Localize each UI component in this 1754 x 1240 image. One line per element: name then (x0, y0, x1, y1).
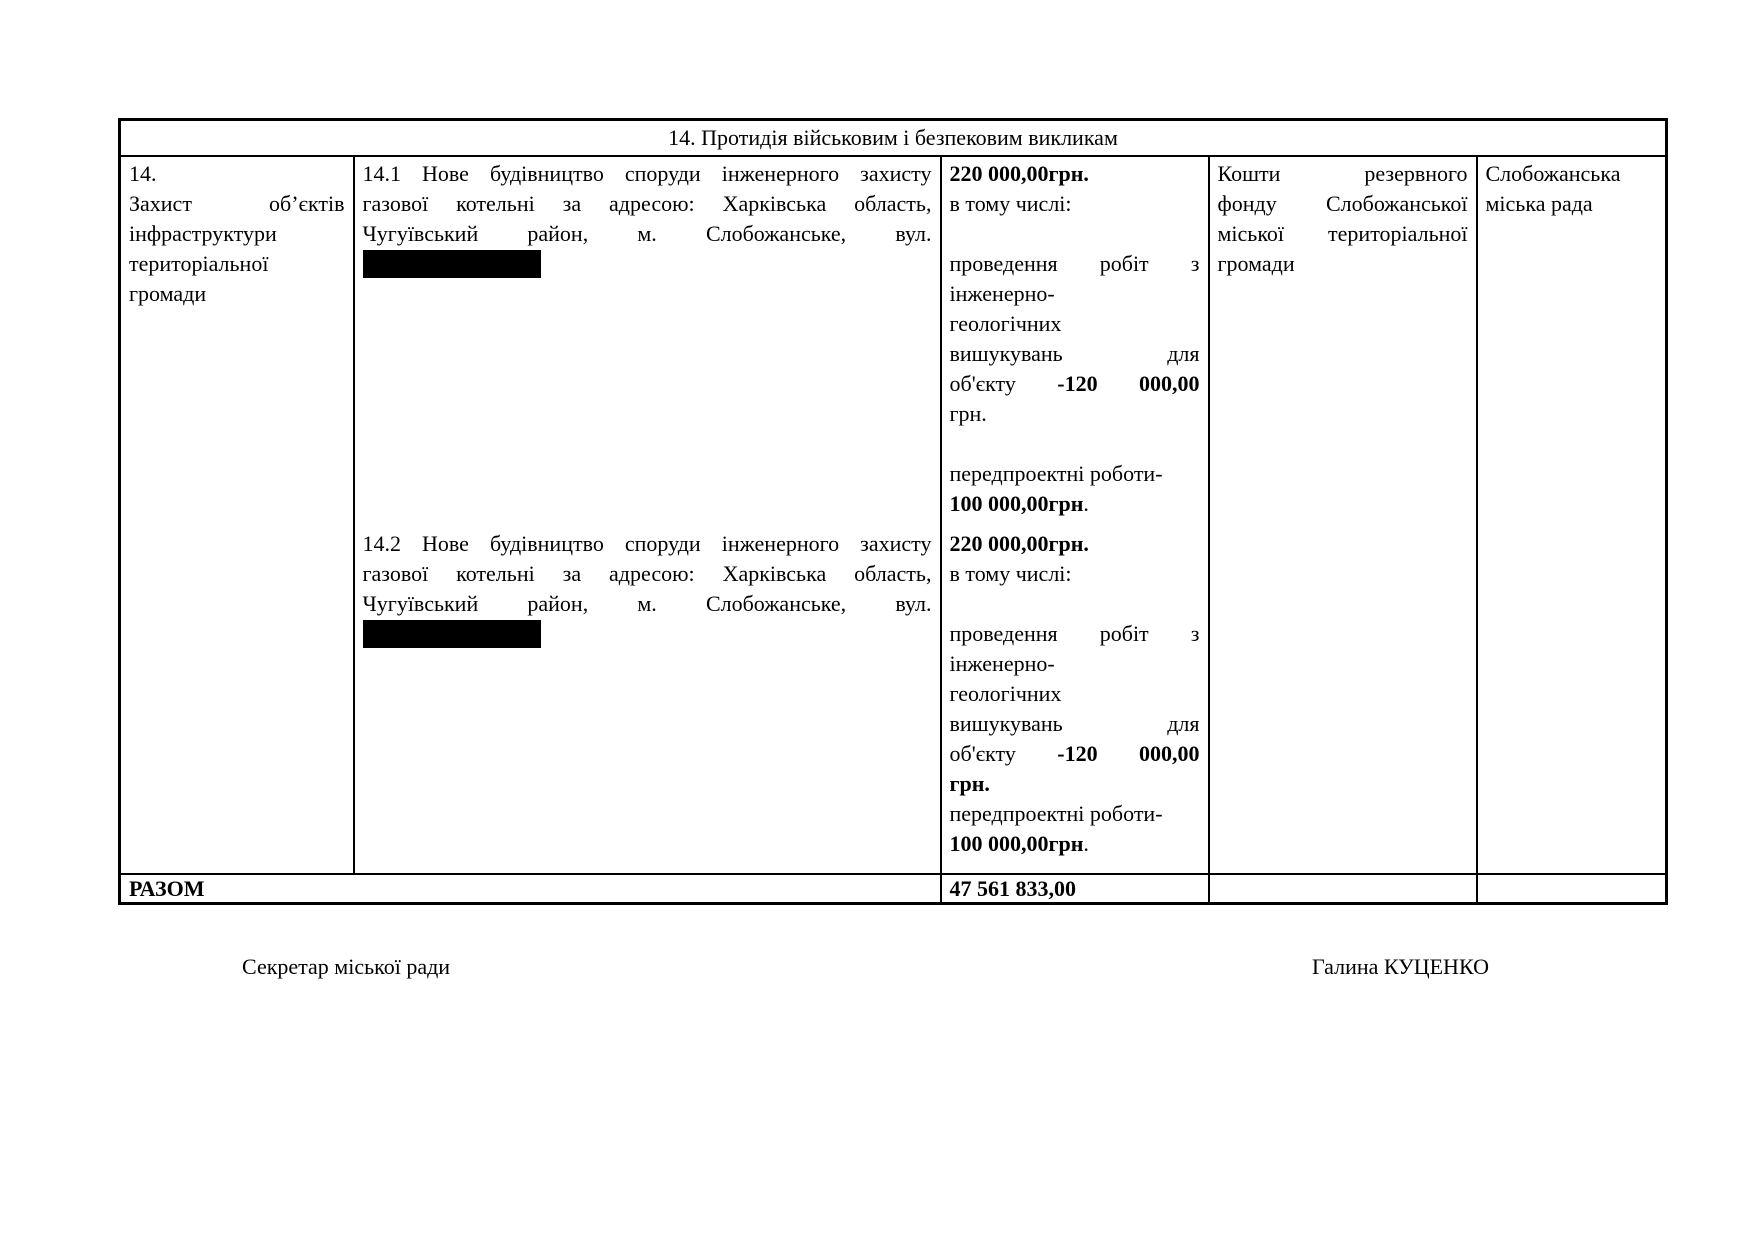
text-segment: вул. (895, 219, 931, 249)
text-segment: 000,00 (1139, 739, 1200, 769)
text-segment: 000,00 (1139, 369, 1200, 399)
text-segment: Нове (422, 529, 469, 559)
text-segment: м. (637, 589, 656, 619)
line: інженерно- (950, 649, 1200, 679)
text-segment: 14.2 (363, 529, 402, 559)
text-segment: Слобожанське, (706, 219, 846, 249)
table-row: 14.Захистоб’єктівінфраструктуритериторіа… (120, 156, 1667, 874)
line: в тому числі: (950, 189, 1200, 219)
text-segment: робіт (1100, 619, 1149, 649)
line: проведенняробітз (950, 249, 1200, 279)
text-segment: Слобожанське, (706, 589, 846, 619)
text-segment: інженерного (722, 529, 839, 559)
text-segment: 14. (129, 161, 157, 186)
total-empty-cell-executor (1477, 874, 1667, 904)
line: міська рада (1486, 189, 1658, 219)
line: фондуСлобожанської (1218, 189, 1468, 219)
text-segment: для (1167, 339, 1199, 369)
budget-table: 14. Протидія військовим і безпековим вик… (118, 118, 1668, 905)
text-segment: з (1191, 619, 1200, 649)
line: проведенняробітз (950, 619, 1200, 649)
text-segment: громади (129, 281, 206, 306)
text-segment: 220 000,00грн. (950, 531, 1089, 556)
line: передпроектні роботи- (950, 799, 1200, 829)
text-segment: адресою: (609, 559, 695, 589)
secretary-name: Галина КУЦЕНКО (1312, 952, 1489, 982)
amount-14-2: 220 000,00грн.в тому числі: проведенняро… (950, 529, 1200, 859)
text-segment: вишукувань (950, 339, 1063, 369)
line: громади (129, 279, 345, 309)
total-value-cell: 47 561 833,00 (941, 874, 1209, 904)
text-segment: грн. (950, 401, 987, 426)
text-segment: газової (363, 189, 429, 219)
text-segment: Кошти (1218, 159, 1281, 189)
line: Слобожанська (1486, 159, 1658, 189)
text-segment: споруди (625, 159, 701, 189)
signature-line: Секретар міської ради Галина КУЦЕНКО (0, 952, 1754, 982)
line: об'єкту-120000,00 (950, 369, 1200, 399)
total-empty-cell-funding (1209, 874, 1477, 904)
text-segment: м. (637, 219, 656, 249)
secretary-title: Секретар міської ради (242, 952, 450, 982)
text-segment: область, (854, 189, 931, 219)
text-segment: котельні (456, 189, 535, 219)
text-segment: територіальної (1328, 219, 1467, 249)
text-segment: Слобожанська (1486, 161, 1621, 186)
line: 220 000,00грн. (950, 529, 1200, 559)
activity-14-1: 14.1Новебудівництвоспорудиінженерногозах… (363, 159, 932, 529)
text-segment: геологічних (950, 681, 1062, 706)
text-segment: будівництво (490, 529, 604, 559)
line: геологічних (950, 309, 1200, 339)
activity-14-2: 14.2Новебудівництвоспорудиінженерногозах… (363, 529, 932, 650)
text-segment: адресою: (609, 189, 695, 219)
text-segment: грн. (950, 771, 990, 796)
text-segment: об'єкту (950, 369, 1016, 399)
line: в тому числі: (950, 559, 1200, 589)
text-segment: будівництво (490, 159, 604, 189)
text-segment: захисту (860, 529, 931, 559)
section-header: 14. Протидія військовим і безпековим вик… (120, 120, 1667, 157)
line: газовоїкотельнізаадресою:Харківськаоблас… (363, 189, 932, 219)
text-segment: об'єкту (950, 739, 1016, 769)
text-segment: резервного (1364, 159, 1467, 189)
line: 100 000,00грн. (950, 829, 1200, 859)
line: грн. (950, 769, 1200, 799)
text-segment: котельні (456, 559, 535, 589)
line: міськоїтериторіальної (1218, 219, 1468, 249)
amount-14-1: 220 000,00грн.в тому числі: проведенняро… (950, 159, 1200, 529)
document-page: 14. Протидія військовим і безпековим вик… (0, 0, 1754, 1240)
line: інфраструктури (129, 219, 345, 249)
text-segment: . (1083, 831, 1089, 856)
line: Чугуївськийрайон,м.Слобожанське,вул. (363, 589, 932, 619)
text-segment: Харківська (723, 559, 827, 589)
text-segment: територіальної (129, 251, 268, 276)
blank-line (950, 429, 1200, 459)
text-segment: 100 000,00грн (950, 491, 1084, 516)
text-segment: Захист (129, 189, 192, 219)
text-segment: захисту (860, 159, 931, 189)
text-segment: Слобожанської (1326, 189, 1468, 219)
text-segment: громади (1218, 251, 1295, 276)
line: інженерно- (950, 279, 1200, 309)
blank-line (950, 219, 1200, 249)
line: 14.1Новебудівництвоспорудиінженерногозах… (363, 159, 932, 189)
text-segment: за (563, 559, 581, 589)
text-segment: інженерного (722, 159, 839, 189)
text-segment: проведення (950, 619, 1058, 649)
text-segment: в тому числі: (950, 561, 1072, 586)
cell-direction: 14.Захистоб’єктівінфраструктуритериторіа… (120, 156, 354, 874)
text-segment: робіт (1100, 249, 1149, 279)
line: вишукуваньдля (950, 339, 1200, 369)
line: об'єкту-120000,00 (950, 739, 1200, 769)
line: газовоїкотельнізаадресою:Харківськаоблас… (363, 559, 932, 589)
text-segment: проведення (950, 249, 1058, 279)
text-segment: Харківська (723, 189, 827, 219)
text-segment: передпроектні роботи- (950, 801, 1163, 826)
text-segment: інфраструктури (129, 221, 277, 246)
text-segment: вишукувань (950, 709, 1063, 739)
line: територіальної (129, 249, 345, 279)
text-segment: фонду (1218, 189, 1277, 219)
line: Коштирезервного (1218, 159, 1468, 189)
line: 14. (129, 159, 345, 189)
text-segment: споруди (625, 529, 701, 559)
text-segment: -120 (1057, 739, 1097, 769)
text-segment: Чугуївський (363, 219, 479, 249)
text-segment: 14.1 (363, 159, 402, 189)
text-segment: Нове (422, 159, 469, 189)
line: геологічних (950, 679, 1200, 709)
line: грн. (950, 399, 1200, 429)
text-segment: передпроектні роботи- (950, 461, 1163, 486)
text-segment: інженерно- (950, 281, 1055, 306)
line: 220 000,00грн. (950, 159, 1200, 189)
text-segment: газової (363, 559, 429, 589)
text-segment: район, (527, 219, 588, 249)
redaction-box (363, 620, 541, 648)
line: 100 000,00грн. (950, 489, 1200, 519)
text-segment: з (1191, 249, 1200, 279)
text-segment: . (1083, 491, 1089, 516)
cell-amounts: 220 000,00грн.в тому числі: проведенняро… (941, 156, 1209, 874)
text-segment: область, (854, 559, 931, 589)
line (363, 250, 932, 280)
section-header-row: 14. Протидія військовим і безпековим вик… (120, 120, 1667, 157)
text-segment: міська рада (1486, 191, 1593, 216)
text-segment: геологічних (950, 311, 1062, 336)
text-segment: міської (1218, 219, 1285, 249)
total-row: РАЗОМ 47 561 833,00 (120, 874, 1667, 904)
text-segment: 220 000,00грн. (950, 161, 1089, 186)
line: 14.2Новебудівництвоспорудиінженерногозах… (363, 529, 932, 559)
cell-funding-source: КоштирезервногофондуСлобожанськоїміської… (1209, 156, 1477, 874)
line: Чугуївськийрайон,м.Слобожанське,вул. (363, 219, 932, 249)
text-segment: в тому числі: (950, 191, 1072, 216)
redaction-box (363, 250, 541, 278)
line: передпроектні роботи- (950, 459, 1200, 489)
text-segment: за (563, 189, 581, 219)
text-segment: район, (527, 589, 588, 619)
text-segment: -120 (1057, 369, 1097, 399)
text-segment: об’єктів (269, 189, 344, 219)
line: Захистоб’єктів (129, 189, 345, 219)
line: громади (1218, 249, 1468, 279)
text-segment: вул. (895, 589, 931, 619)
line (363, 620, 932, 650)
total-label-cell: РАЗОМ (120, 874, 941, 904)
text-segment: Чугуївський (363, 589, 479, 619)
cell-activities: 14.1Новебудівництвоспорудиінженерногозах… (354, 156, 941, 874)
text-segment: 100 000,00грн (950, 831, 1084, 856)
text-segment: для (1167, 709, 1199, 739)
line: вишукуваньдля (950, 709, 1200, 739)
text-segment: інженерно- (950, 651, 1055, 676)
cell-executor: Слобожанськаміська рада (1477, 156, 1667, 874)
blank-line (950, 589, 1200, 619)
